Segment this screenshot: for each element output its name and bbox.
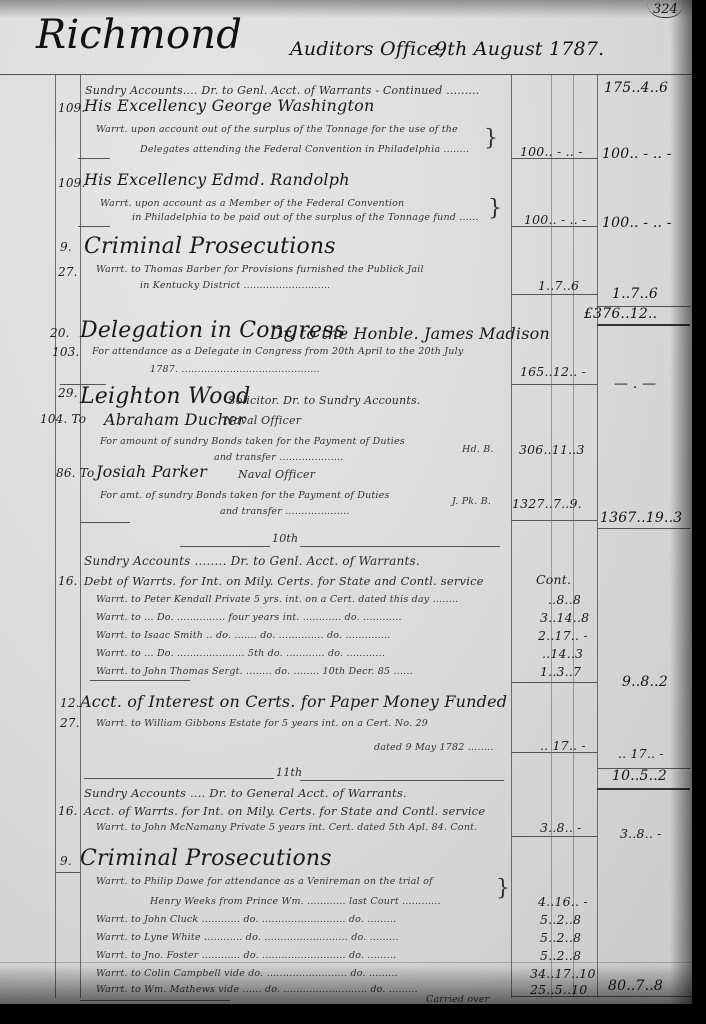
row-amount: ..8..8: [548, 592, 581, 607]
entry-amount: 306..11..3: [519, 442, 585, 457]
entry-rule: [90, 680, 190, 681]
entry-line: Warrt. to Thomas Barber for Provisions f…: [96, 264, 424, 275]
warrant-row: Warrt. to Peter Kendall Private 5 yrs. i…: [96, 594, 458, 605]
sub-entry-role: Naval Officer: [224, 414, 301, 427]
header-rule: [0, 74, 692, 75]
day-heading: Sundry Accounts .... Dr. to General Acct…: [84, 786, 407, 800]
entry-total: .. 17.. -: [618, 746, 664, 761]
amount-rule: [511, 682, 597, 683]
day-rule: [300, 546, 500, 547]
row-amount: 5..2..8: [540, 930, 581, 945]
reference: Hd. B.: [462, 444, 494, 455]
scan-shadow-top: [0, 0, 692, 18]
entry-title: Criminal Prosecutions: [84, 234, 336, 259]
folio-number: 103.: [52, 345, 80, 359]
row-rule: [0, 962, 692, 963]
folio-number: 29.: [58, 386, 78, 400]
entry-line: and transfer ....................: [220, 506, 350, 517]
entry-total: 100.. - .. -: [602, 215, 672, 231]
amount-rule: [511, 752, 597, 753]
entry-rule: [80, 522, 130, 523]
folio-number: 109.: [58, 101, 86, 115]
row-amount: 3..8.. -: [540, 820, 582, 835]
header-date: 9th August 1787.: [435, 38, 604, 60]
warrant-row: Warrt. to Jno. Foster ............ do. .…: [96, 950, 396, 961]
entry-rule: [78, 226, 110, 227]
folio-number: 27.: [60, 716, 80, 730]
entry-line: Warrt. upon account as a Member of the F…: [100, 198, 404, 209]
entry-line: and transfer ....................: [214, 452, 344, 463]
amount-rule: [511, 294, 597, 295]
day-label: 11th: [276, 766, 302, 779]
folio-number: 20.: [50, 326, 70, 340]
day-heading: Sundry Accounts ........ Dr. to Genl. Ac…: [84, 554, 420, 568]
folio-number: 86. To: [56, 466, 94, 480]
entry-subtitle: Solicitor. Dr. to Sundry Accounts.: [228, 394, 421, 407]
warrant-row: Warrt. to John Thomas Sergt. ........ do…: [96, 666, 413, 677]
entry-amount: 1327..7..9.: [512, 496, 582, 511]
reference: J. Pk. B.: [452, 496, 491, 507]
entry-line: Warrt. upon account out of the surplus o…: [96, 124, 458, 135]
entry-amount: 1..7..6: [538, 278, 579, 293]
amount-rule: [511, 158, 597, 159]
entry-title: Debt of Warrts. for Int. on Mily. Certs.…: [84, 574, 484, 588]
entry-total: 9..8..2: [622, 674, 668, 690]
entry-title: His Excellency George Washington: [84, 96, 374, 115]
entry-rule: [56, 872, 80, 873]
warrant-row: Warrt. to Philip Dawe for attendance as …: [96, 876, 433, 887]
amount-rule: [511, 384, 597, 385]
entry-rule: [78, 158, 110, 159]
total-column-rule: [597, 74, 598, 998]
warrant-row: Henry Weeks from Prince Wm. ............…: [150, 896, 441, 907]
entry-title: Acct. of Interest on Certs. for Paper Mo…: [80, 692, 507, 711]
carried-total: £376..12..: [584, 306, 657, 322]
brace: }: [488, 196, 502, 221]
entry-line: in Kentucky District ...................…: [140, 280, 330, 291]
folio-number: 9.: [60, 240, 72, 254]
scan-shadow-bottom: [0, 964, 692, 1004]
entry-line: Delegates attending the Federal Conventi…: [140, 144, 469, 155]
carried-total: 10..5..2: [612, 768, 667, 784]
amount-header: Cont.: [536, 572, 571, 587]
entry-amount: 165..12.. -: [520, 364, 586, 379]
folio-number: 9.: [60, 854, 72, 868]
warrant-row: Warrt. to ... Do. ..................... …: [96, 648, 385, 659]
sub-entry-role: Naval Officer: [238, 468, 315, 481]
entry-total: 1..7..6: [612, 286, 658, 302]
row-amount: 3..14..8: [540, 610, 589, 625]
entry-subtitle: Dr. to the Honble. James Madison: [270, 324, 550, 343]
day-rule: [180, 546, 270, 547]
entry-line: in Philadelphia to be paid out of the su…: [132, 212, 479, 223]
entry-total: 3..8.. -: [620, 826, 662, 841]
day-rule: [300, 780, 504, 781]
entry-amount: 100.. - .. -: [520, 144, 583, 159]
margin-rule-left: [55, 74, 56, 998]
header-office: Auditors Office,: [290, 38, 445, 60]
row-amount: 1..3..7: [540, 664, 581, 679]
warrant-row: Warrt. to John McNamany Private 5 years …: [96, 822, 477, 833]
brace: }: [484, 126, 498, 151]
entry-title: His Excellency Edmd. Randolph: [84, 170, 350, 189]
ledger-page: 324 Richmond Auditors Office, 9th August…: [0, 0, 692, 1004]
entry-line: For amount of sundry Bonds taken for the…: [100, 436, 405, 447]
entry-line: For attendance as a Delegate in Congress…: [92, 346, 463, 357]
folio-number: 16.: [58, 574, 78, 588]
warrant-row: Warrt. to ... Do. ............... four y…: [96, 612, 402, 623]
entry-line: Warrt. to William Gibbons Estate for 5 y…: [96, 718, 428, 729]
amount-rule: [511, 226, 597, 227]
folio-number: 12.: [60, 696, 80, 710]
brace: }: [496, 876, 510, 901]
row-amount: 4..16.. -: [538, 894, 588, 909]
entry-amount: .. 17.. -: [540, 738, 586, 753]
scan-shadow-right: [670, 0, 692, 1004]
entry-line: 1787. ..................................…: [150, 364, 320, 375]
entry-title: Criminal Prosecutions: [80, 846, 332, 871]
entry-total: 175..4..6: [604, 80, 668, 96]
amount-rule: [511, 520, 597, 521]
row-amount: 5..2..8: [540, 948, 581, 963]
entry-line: dated 9 May 1782 ........: [374, 742, 493, 753]
folio-number: 16.: [58, 804, 78, 818]
entry-title: Leighton Wood: [80, 384, 250, 409]
row-amount: ..14..3: [542, 646, 583, 661]
warrant-row: Warrt. to John Cluck ............ do. ..…: [96, 914, 396, 925]
warrant-row: Warrt. to Lyne White ............ do. ..…: [96, 932, 399, 943]
row-amount: 2..17.. -: [538, 628, 588, 643]
amount-rule: [511, 836, 597, 837]
header-place: Richmond: [36, 12, 242, 58]
day-rule: [84, 778, 274, 779]
sub-entry-name: Josiah Parker: [96, 462, 207, 481]
folio-number: 104. To: [40, 412, 86, 426]
entry-title: Acct. of Warrts. for Int. on Mily. Certs…: [84, 804, 485, 818]
entry-line: For amt. of sundry Bonds taken for the P…: [100, 490, 390, 501]
entry-total: 100.. - .. -: [602, 146, 672, 162]
amount-column-rule: [511, 74, 512, 998]
entry-total: — . —: [614, 376, 656, 392]
entry-amount: 100.. - .. -: [524, 212, 587, 227]
folio-number: 27.: [58, 265, 78, 279]
row-amount: 5..2..8: [540, 912, 581, 927]
warrant-row: Warrt. to Isaac Smith .. do. ....... do.…: [96, 630, 391, 641]
day-label: 10th: [272, 532, 298, 545]
folio-number: 109.: [58, 176, 86, 190]
